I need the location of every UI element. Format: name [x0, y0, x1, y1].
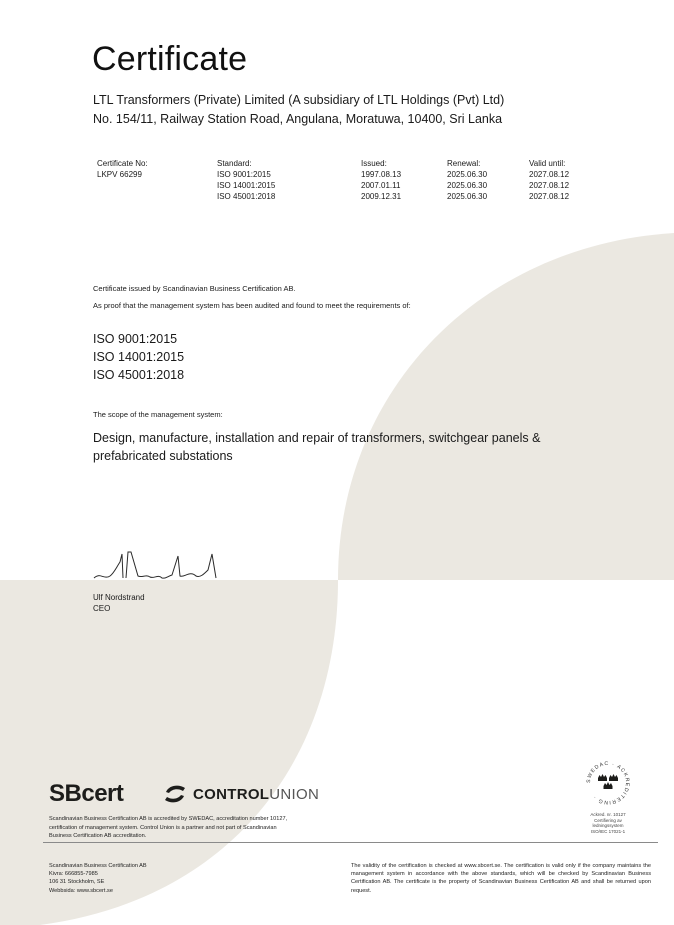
signer-role: CEO: [93, 603, 145, 614]
address-line: Webbsida: www.sbcert.se: [49, 887, 147, 895]
renewal-value: 2025.06.30: [447, 169, 487, 180]
issued-column: Issued: 1997.08.13 2007.01.11 2009.12.31: [361, 158, 401, 202]
valid-until-label: Valid until:: [529, 158, 569, 169]
standard-label: Standard:: [217, 158, 275, 169]
page-title: Certificate: [92, 40, 247, 79]
proof-statement: As proof that the management system has …: [93, 301, 411, 310]
renewal-value: 2025.06.30: [447, 180, 487, 191]
swedac-caption: Ackred. nr. 10127 Certifiering av lednin…: [578, 812, 638, 834]
issued-value: 2007.01.11: [361, 180, 401, 191]
standards-list: ISO 9001:2015 ISO 14001:2015 ISO 45001:2…: [93, 330, 184, 384]
validity-statement: The validity of the certification is che…: [351, 862, 651, 895]
renewal-label: Renewal:: [447, 158, 487, 169]
company-address: No. 154/11, Railway Station Road, Angula…: [93, 110, 504, 129]
standard-column: Standard: ISO 9001:2015 ISO 14001:2015 I…: [217, 158, 275, 202]
address-line: Scandinavian Business Certification AB: [49, 862, 147, 870]
issued-value: 1997.08.13: [361, 169, 401, 180]
issued-by-statement: Certificate issued by Scandinavian Busin…: [93, 284, 296, 293]
valid-until-value: 2027.08.12: [529, 191, 569, 202]
controlunion-light-part: UNION: [269, 786, 319, 803]
sbcert-logo: SBcert: [49, 780, 123, 808]
valid-until-value: 2027.08.12: [529, 180, 569, 191]
standard-item: ISO 9001:2015: [93, 330, 184, 348]
controlunion-wordmark: CONTROLUNION: [193, 786, 319, 803]
cert-no-column: Certificate No: LKPV 66299: [97, 158, 148, 180]
standard-value: ISO 9001:2015: [217, 169, 275, 180]
cert-no-value: LKPV 66299: [97, 169, 148, 180]
standard-item: ISO 14001:2015: [93, 348, 184, 366]
address-line: Kivra: 666855-7985: [49, 870, 147, 878]
signer-block: Ulf Nordstrand CEO: [93, 592, 145, 614]
swedac-mark: SWEDAC · ACKREDITERING · Ackred. nr. 101…: [578, 760, 638, 834]
standard-value: ISO 45001:2018: [217, 191, 275, 202]
controlunion-logo: CONTROLUNION: [163, 783, 319, 805]
company-name: LTL Transformers (Private) Limited (A su…: [93, 91, 504, 110]
signature-image: [92, 548, 222, 584]
valid-until-value: 2027.08.12: [529, 169, 569, 180]
issued-value: 2009.12.31: [361, 191, 401, 202]
cert-no-label: Certificate No:: [97, 158, 148, 169]
issuer-address: Scandinavian Business Certification AB K…: [49, 862, 147, 895]
address-line: 106 31 Stockholm, SE: [49, 878, 147, 886]
standard-value: ISO 14001:2015: [217, 180, 275, 191]
upper-right-arc-shape: [338, 233, 674, 580]
renewal-column: Renewal: 2025.06.30 2025.06.30 2025.06.3…: [447, 158, 487, 202]
standard-item: ISO 45001:2018: [93, 366, 184, 384]
company-block: LTL Transformers (Private) Limited (A su…: [93, 91, 504, 129]
footer-divider: [43, 842, 658, 843]
swedac-crowns-icon: SWEDAC · ACKREDITERING ·: [585, 760, 631, 806]
scope-label: The scope of the management system:: [93, 410, 223, 419]
controlunion-swirl-icon: [163, 783, 187, 805]
scope-text: Design, manufacture, installation and re…: [93, 429, 593, 465]
valid-until-column: Valid until: 2027.08.12 2027.08.12 2027.…: [529, 158, 569, 202]
issued-label: Issued:: [361, 158, 401, 169]
accreditation-note: Scandinavian Business Certification AB i…: [49, 815, 289, 841]
renewal-value: 2025.06.30: [447, 191, 487, 202]
swedac-caption-line: ISO/IEC 17021-1: [578, 829, 638, 835]
controlunion-bold-part: CONTROL: [193, 786, 269, 803]
signer-name: Ulf Nordstrand: [93, 592, 145, 603]
